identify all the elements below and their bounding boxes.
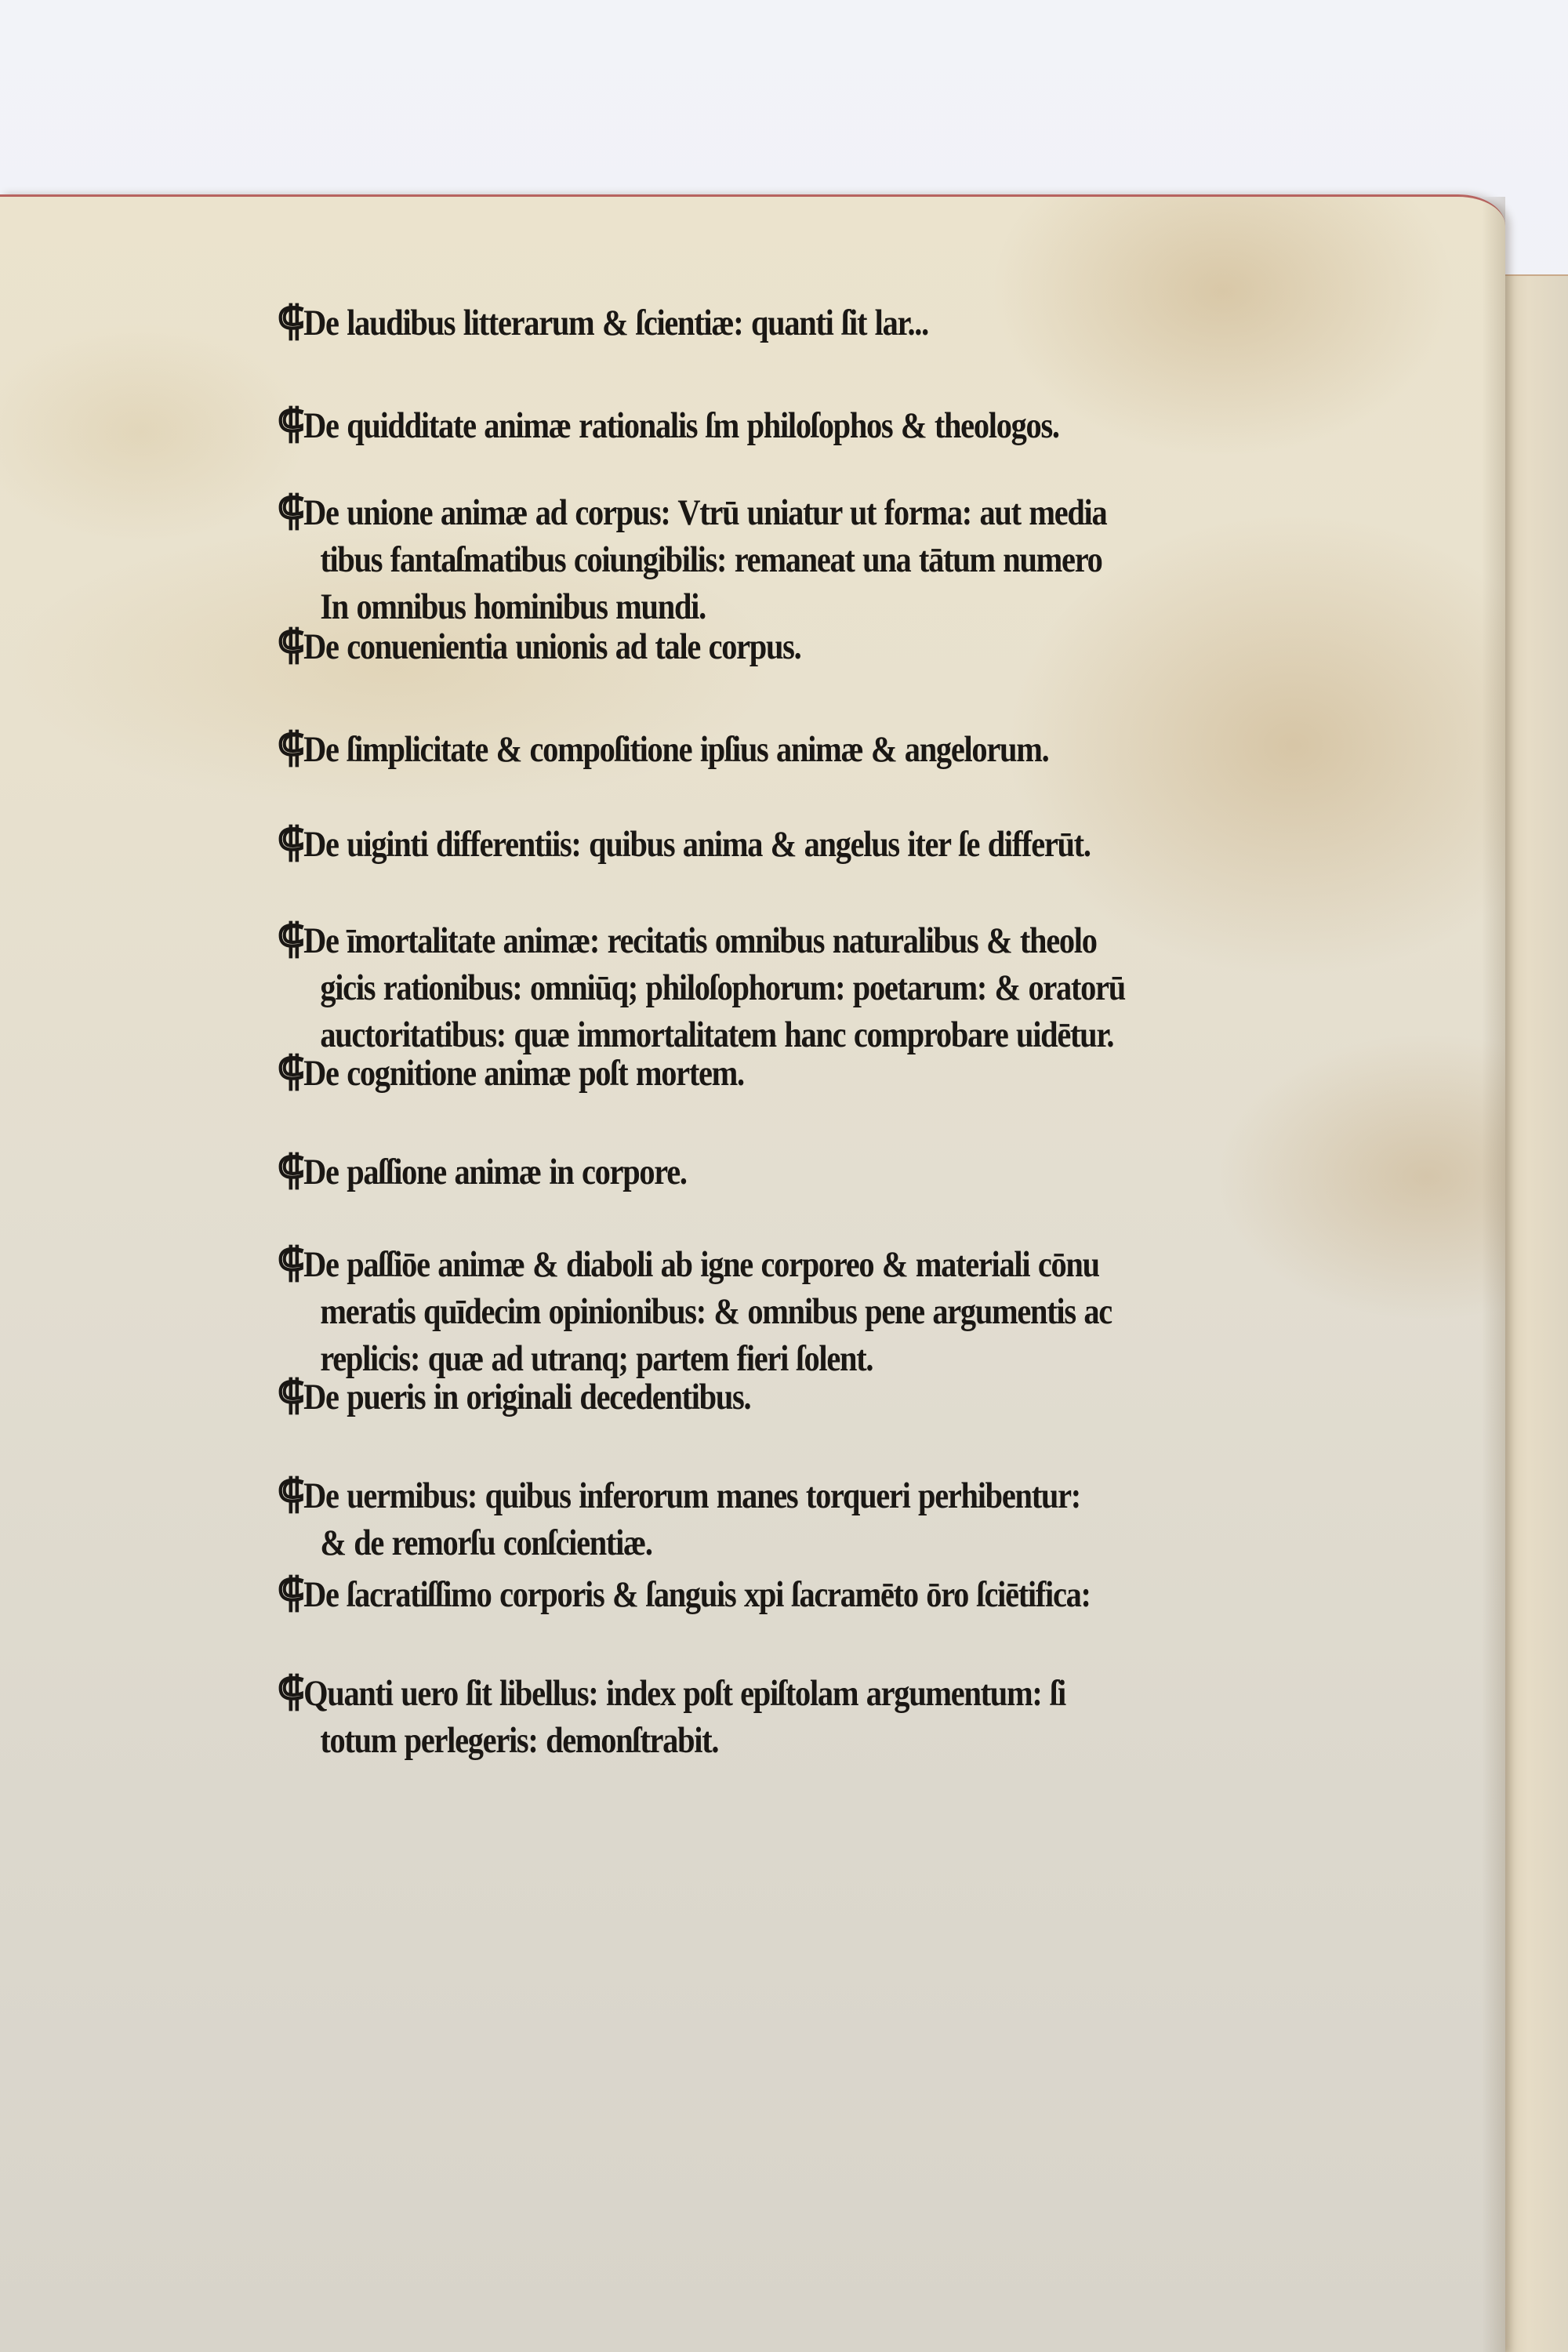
entry-line: De īmortalitate animæ: recitatis omnibus… xyxy=(303,920,1097,961)
contents-entry: ⸿De uiginti differentiis: quibus anima &… xyxy=(278,820,1316,868)
paragraph-mark-icon: ⸿ xyxy=(277,916,303,964)
entry-line: De paſſione animæ in corpore. xyxy=(303,1152,687,1192)
contents-entry: ⸿De uermibus: quibus inferorum manes tor… xyxy=(278,1472,1316,1566)
entry-line: tibus fantaſmatibus coiungibilis: remane… xyxy=(278,536,1316,583)
paragraph-mark-icon: ⸿ xyxy=(277,1570,303,1617)
contents-list: ⸿De laudibus litterarum & ſcientiæ: quan… xyxy=(278,299,1486,1345)
paragraph-mark-icon: ⸿ xyxy=(277,1669,303,1716)
entry-line: meratis quīdecim opinionibus: & omnibus … xyxy=(278,1288,1316,1335)
entry-line: De uiginti differentiis: quibus anima & … xyxy=(303,824,1091,865)
entry-line: Quanti uero ſit libellus: index poſt epi… xyxy=(303,1673,1065,1714)
entry-line: De paſſiōe animæ & diaboli ab igne corpo… xyxy=(303,1244,1099,1285)
paragraph-mark-icon: ⸿ xyxy=(277,401,303,448)
paragraph-mark-icon: ⸿ xyxy=(277,1472,303,1519)
entry-line: & de remorſu conſcientiæ. xyxy=(278,1519,1316,1566)
contents-entry: ⸿De ſimplicitate & compoſitione ipſius a… xyxy=(278,725,1316,773)
paragraph-mark-icon: ⸿ xyxy=(277,1049,303,1096)
contents-entry: ⸿Quanti uero ſit libellus: index poſt ep… xyxy=(278,1669,1316,1764)
book-page: ⸿De laudibus litterarum & ſcientiæ: quan… xyxy=(0,194,1505,2352)
entry-line: gicis rationibus: omniūq; philoſophorum:… xyxy=(278,964,1316,1011)
contents-entry: ⸿De īmortalitate animæ: recitatis omnibu… xyxy=(278,916,1316,1058)
paragraph-mark-icon: ⸿ xyxy=(277,488,303,535)
entry-line: De quidditate animæ rationalis ſm philoſ… xyxy=(303,405,1059,446)
entry-line: De unione animæ ad corpus: Vtrū uniatur … xyxy=(303,492,1106,533)
entry-line: totum perlegeris: demonſtrabit. xyxy=(278,1717,1316,1764)
paragraph-mark-icon: ⸿ xyxy=(277,622,303,670)
contents-entry: ⸿De paſſiōe animæ & diaboli ab igne corp… xyxy=(278,1240,1316,1382)
entry-line: De uermibus: quibus inferorum manes torq… xyxy=(303,1475,1080,1516)
contents-entry: ⸿De paſſione animæ in corpore. xyxy=(278,1148,1316,1196)
entry-line: De ſacratiſſimo corporis & ſanguis xpi ſ… xyxy=(303,1574,1091,1615)
contents-entry: ⸿De quidditate animæ rationalis ſm philo… xyxy=(278,401,1316,449)
entry-line: De ſimplicitate & compoſitione ipſius an… xyxy=(303,729,1048,770)
paragraph-mark-icon: ⸿ xyxy=(277,820,303,867)
contents-entry: ⸿De cognitione animæ poſt mortem. xyxy=(278,1049,1316,1097)
entry-line: De laudibus litterarum & ſcientiæ: quant… xyxy=(303,303,928,343)
paragraph-mark-icon: ⸿ xyxy=(277,725,303,772)
contents-entry: ⸿De conuenientia unionis ad tale corpus. xyxy=(278,622,1316,670)
contents-entry: ⸿De unione animæ ad corpus: Vtrū uniatur… xyxy=(278,488,1316,630)
contents-entry: ⸿De pueris in originali decedentibus. xyxy=(278,1373,1316,1421)
paragraph-mark-icon: ⸿ xyxy=(277,299,303,346)
entry-line: De conuenientia unionis ad tale corpus. xyxy=(303,626,800,667)
contents-entry: ⸿De laudibus litterarum & ſcientiæ: quan… xyxy=(278,299,1316,347)
paragraph-mark-icon: ⸿ xyxy=(277,1373,303,1420)
underlying-page xyxy=(1501,274,1568,2352)
contents-entry: ⸿De ſacratiſſimo corporis & ſanguis xpi … xyxy=(278,1570,1316,1618)
paragraph-mark-icon: ⸿ xyxy=(277,1148,303,1195)
entry-line: De cognitione animæ poſt mortem. xyxy=(303,1053,744,1094)
paragraph-mark-icon: ⸿ xyxy=(277,1240,303,1287)
entry-line: De pueris in originali decedentibus. xyxy=(303,1377,750,1417)
